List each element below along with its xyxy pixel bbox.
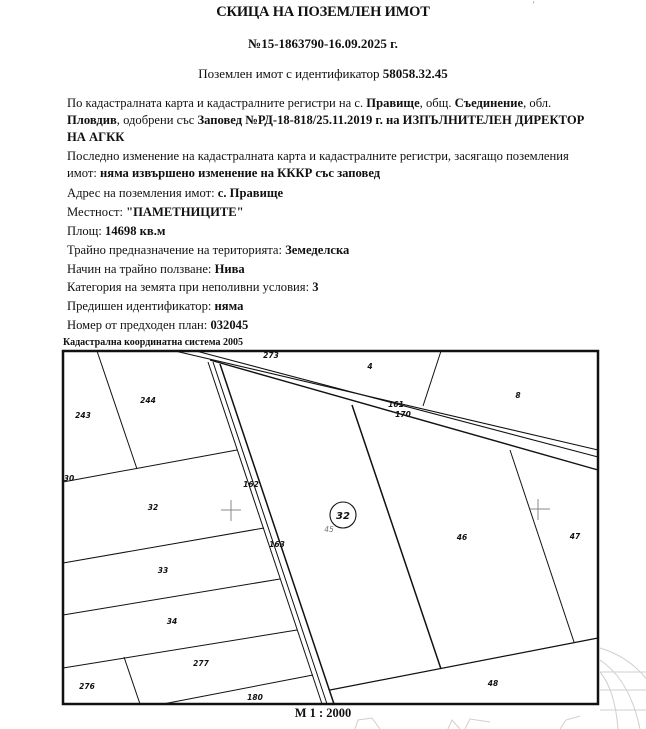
parcel-label: 47: [570, 532, 581, 541]
parcel-label: 4: [367, 362, 372, 371]
parcel-label: 45: [324, 525, 334, 534]
parcel-label: 46: [457, 533, 467, 542]
parcel-label: 30: [64, 474, 74, 483]
parcel-label: 32: [148, 503, 158, 512]
map-scale: М 1 : 2000: [0, 706, 646, 721]
parcel-label: 276: [79, 682, 95, 691]
parcel-label: 163: [269, 540, 285, 549]
parcel-label: 180: [247, 693, 263, 702]
parcel-label: 161: [388, 400, 404, 409]
parcel-label: 34: [167, 617, 177, 626]
parcel-label: 48: [488, 679, 498, 688]
parcel-label: 170: [395, 410, 411, 419]
subject-parcel-number: 32: [336, 511, 350, 522]
cadastral-map: 2734824424316117030162324516346473334277…: [0, 0, 646, 729]
parcel-label: 244: [140, 396, 156, 405]
parcel-label: 273: [263, 351, 279, 360]
parcel-label: 162: [243, 480, 259, 489]
parcel-labels: 2734824424316117030162324516346473334277…: [64, 351, 581, 702]
parcel-label: 33: [158, 566, 168, 575]
parcel-label: 243: [75, 411, 91, 420]
parcel-label: 8: [515, 391, 520, 400]
parcel-label: 277: [193, 659, 209, 668]
